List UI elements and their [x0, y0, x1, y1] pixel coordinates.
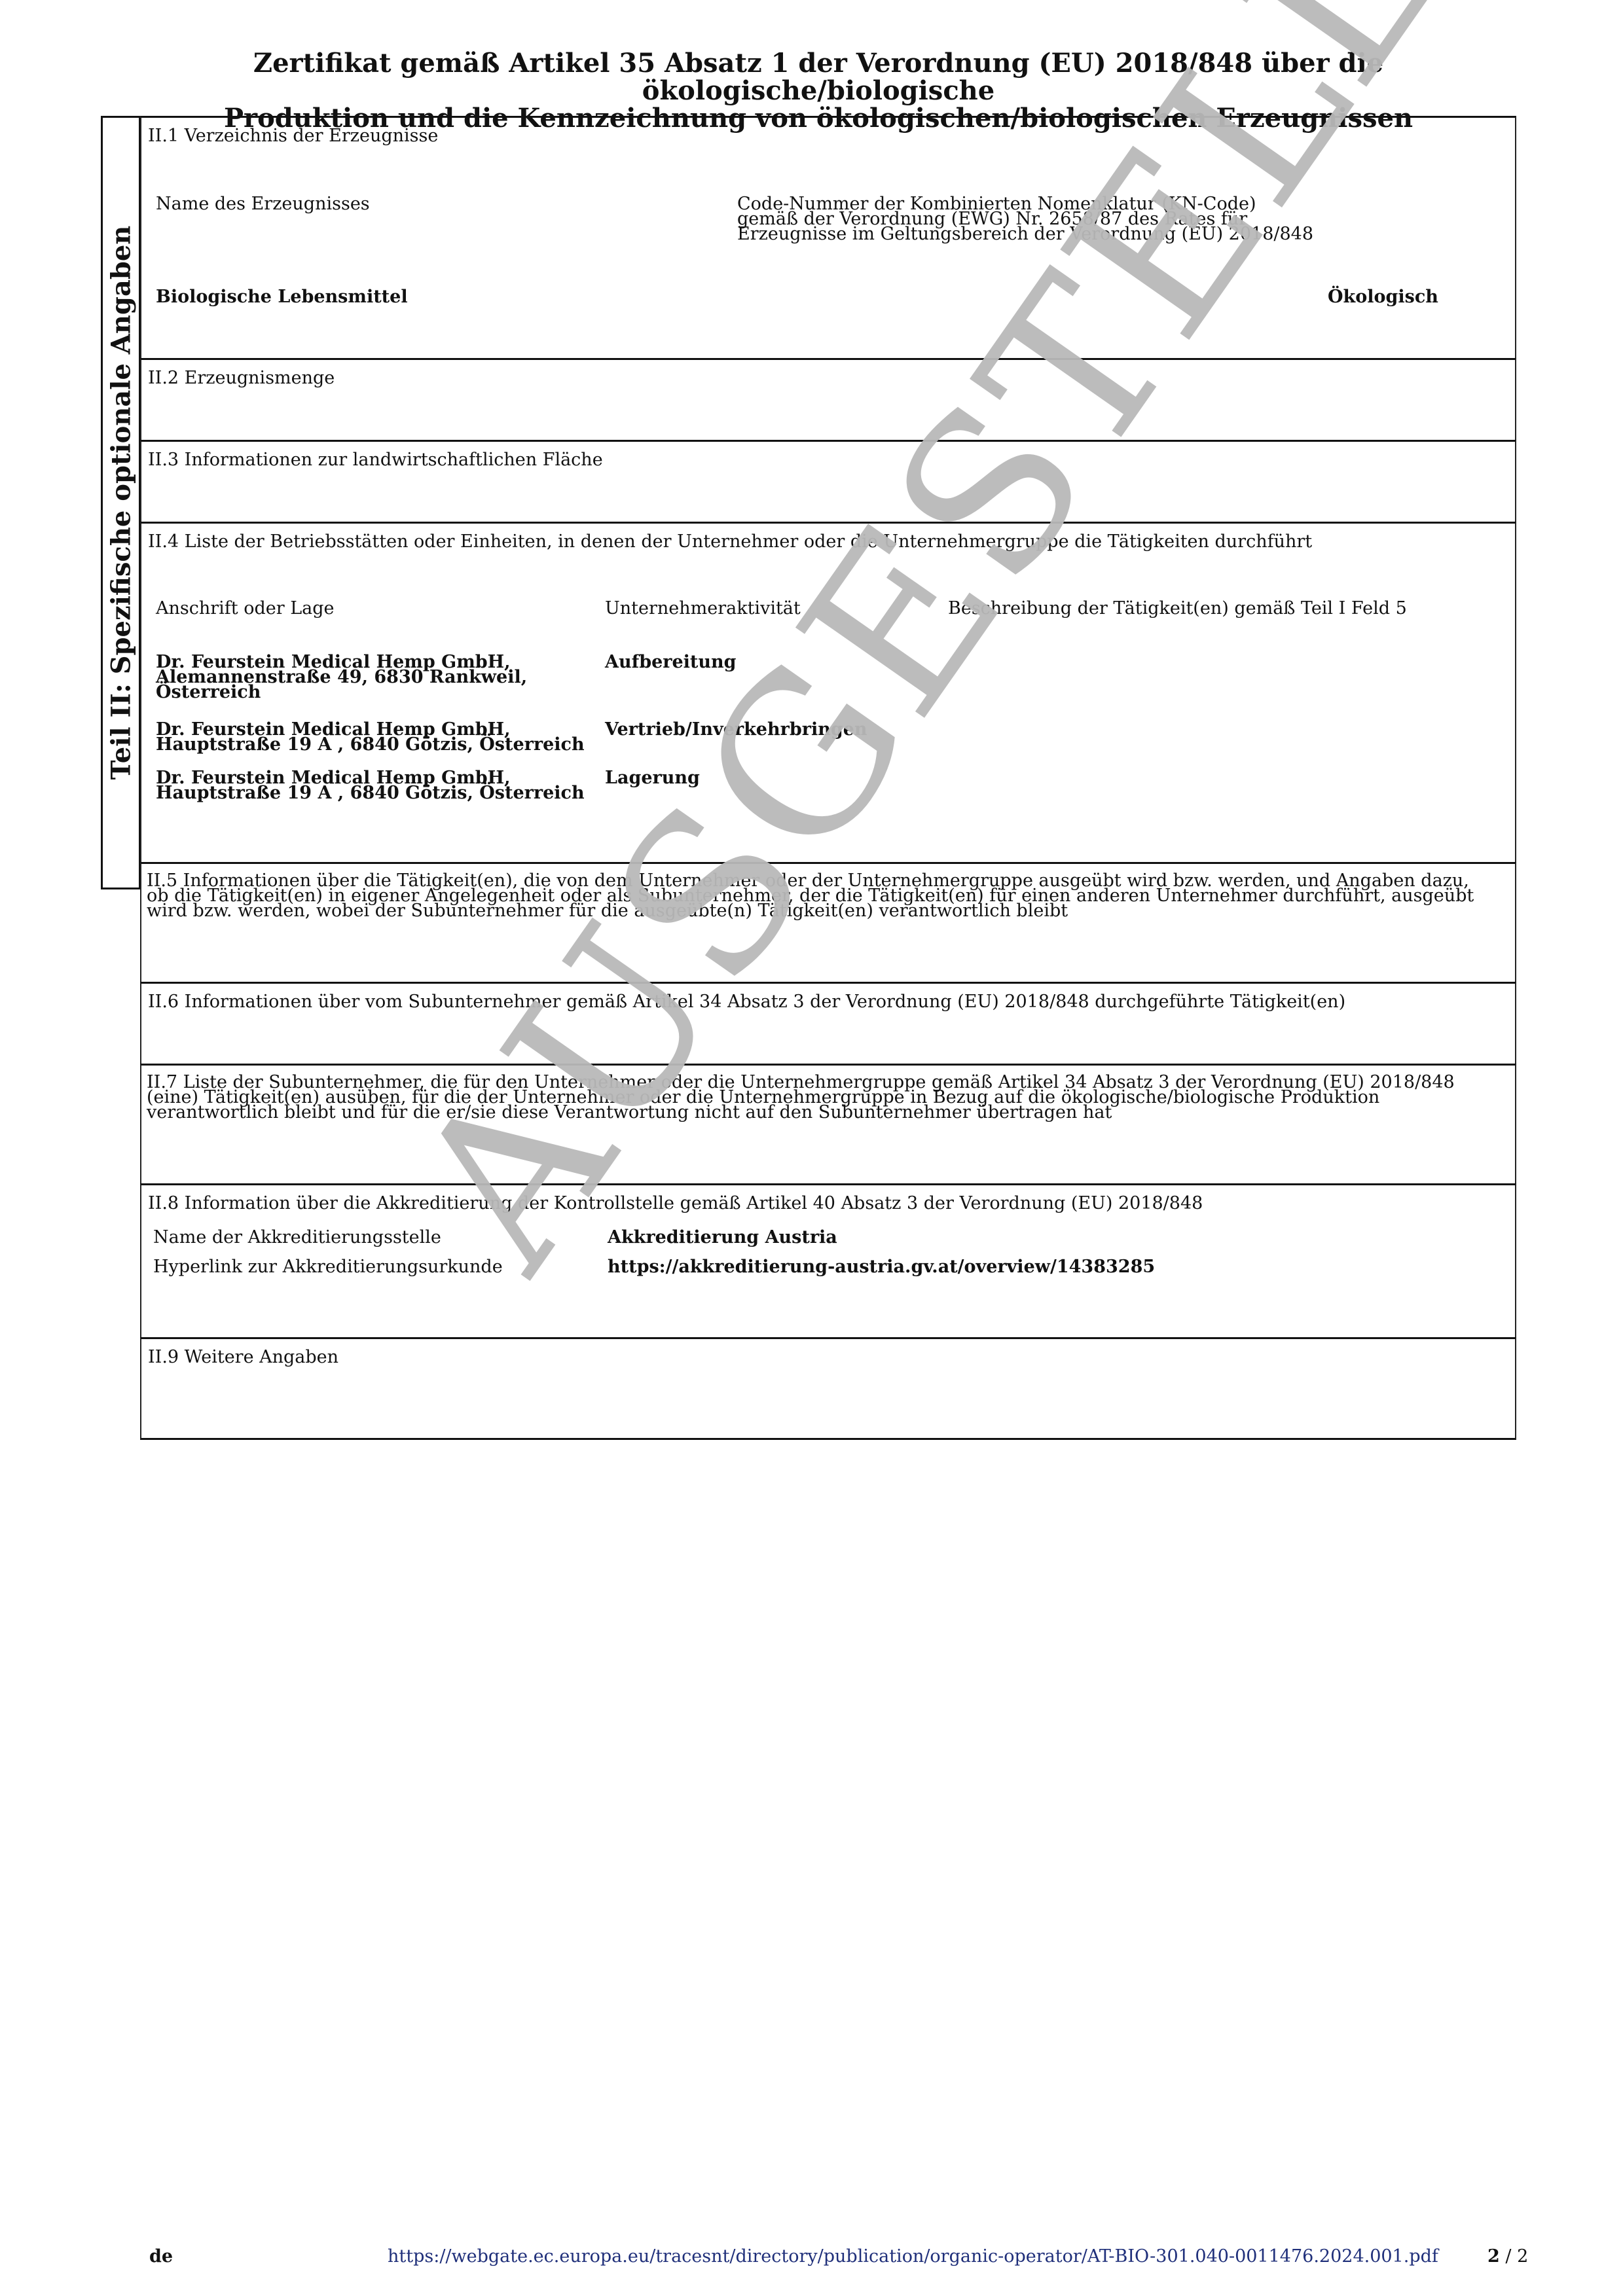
section-heading: II.8 Information über die Akkreditierung… — [148, 1194, 1203, 1212]
col-header-address: Anschrift oder Lage — [156, 601, 335, 616]
section-heading: II.5 Informationen über die Tätigkeit(en… — [147, 873, 1474, 918]
section-heading: II.6 Informationen über vom Subunternehm… — [148, 993, 1345, 1011]
side-label: Teil II: Spezifische optionale Angaben — [105, 226, 136, 780]
activity-cell: Vertrieb/Inverkehrbringen — [605, 722, 867, 737]
col-header-kn-code: Code-Nummer der Kombinierten Nomenklatur… — [737, 196, 1313, 242]
section-heading: II.1 Verzeichnis der Erzeugnisse — [148, 127, 438, 145]
accreditation-body-value: Akkreditierung Austria — [608, 1230, 837, 1245]
section-heading: II.3 Informationen zur landwirtschaftlic… — [148, 451, 603, 469]
side-label-box: Teil II: Spezifische optionale Angaben — [101, 116, 141, 889]
table-row: Dr. Feurstein Medical Hemp GmbH, Hauptst… — [156, 722, 585, 752]
table-row: Dr. Feurstein Medical Hemp GmbH, Alemann… — [156, 655, 527, 700]
activity-cell: Aufbereitung — [605, 655, 737, 670]
footer-page-number: 2 / 2 — [1487, 2246, 1528, 2267]
address-line: Hauptstraße 19 A , 6840 Götzis, Österrei… — [156, 737, 585, 752]
section-ii-3: II.3 Informationen zur landwirtschaftlic… — [140, 440, 1516, 522]
section-ii-4: II.4 Liste der Betriebsstätten oder Einh… — [140, 522, 1516, 862]
section-ii-2: II.2 Erzeugnismenge — [140, 358, 1516, 440]
address-line: Hauptstraße 19 A , 6840 Götzis, Österrei… — [156, 785, 585, 800]
page-separator: / — [1505, 2246, 1511, 2267]
section-heading: II.7 Liste der Subunternehmer, die für d… — [147, 1075, 1455, 1120]
section-ii-9: II.9 Weitere Angaben — [140, 1337, 1516, 1440]
section-heading: II.2 Erzeugnismenge — [148, 369, 335, 387]
accreditation-link-label: Hyperlink zur Akkreditierungsurkunde — [153, 1259, 503, 1274]
page-total: 2 — [1517, 2246, 1528, 2267]
accreditation-link[interactable]: https://akkreditierung-austria.gv.at/ove… — [608, 1259, 1155, 1274]
table-row: Dr. Feurstein Medical Hemp GmbH, Hauptst… — [156, 770, 585, 800]
title-line-1: Zertifikat gemäß Artikel 35 Absatz 1 der… — [98, 50, 1539, 105]
kn-code-header-line-3: Erzeugnisse im Geltungsbereich der Veror… — [737, 226, 1313, 242]
section-ii-7: II.7 Liste der Subunternehmer, die für d… — [140, 1064, 1516, 1183]
page-current: 2 — [1487, 2246, 1500, 2267]
product-type: Ökologisch — [1328, 289, 1438, 304]
section-ii-6: II.6 Informationen über vom Subunternehm… — [140, 982, 1516, 1064]
accreditation-body-label: Name der Akkreditierungsstelle — [153, 1230, 441, 1245]
product-name: Biologische Lebensmittel — [156, 289, 408, 304]
footer-language: de — [149, 2246, 173, 2267]
col-header-product-name: Name des Erzeugnisses — [156, 196, 370, 211]
col-header-activity: Unternehmeraktivität — [605, 601, 801, 616]
section-ii-5: II.5 Informationen über die Tätigkeit(en… — [140, 862, 1516, 982]
footer-url-link[interactable]: https://webgate.ec.europa.eu/tracesnt/di… — [388, 2246, 1438, 2267]
section-ii-1: II.1 Verzeichnis der Erzeugnisse Name de… — [140, 116, 1516, 358]
section-heading: II.4 Liste der Betriebsstätten oder Einh… — [148, 533, 1312, 550]
section-heading: II.9 Weitere Angaben — [148, 1348, 338, 1366]
col-header-description: Beschreibung der Tätigkeit(en) gemäß Tei… — [948, 601, 1407, 616]
activity-cell: Lagerung — [605, 770, 700, 785]
section-ii-8: II.8 Information über die Akkreditierung… — [140, 1183, 1516, 1337]
